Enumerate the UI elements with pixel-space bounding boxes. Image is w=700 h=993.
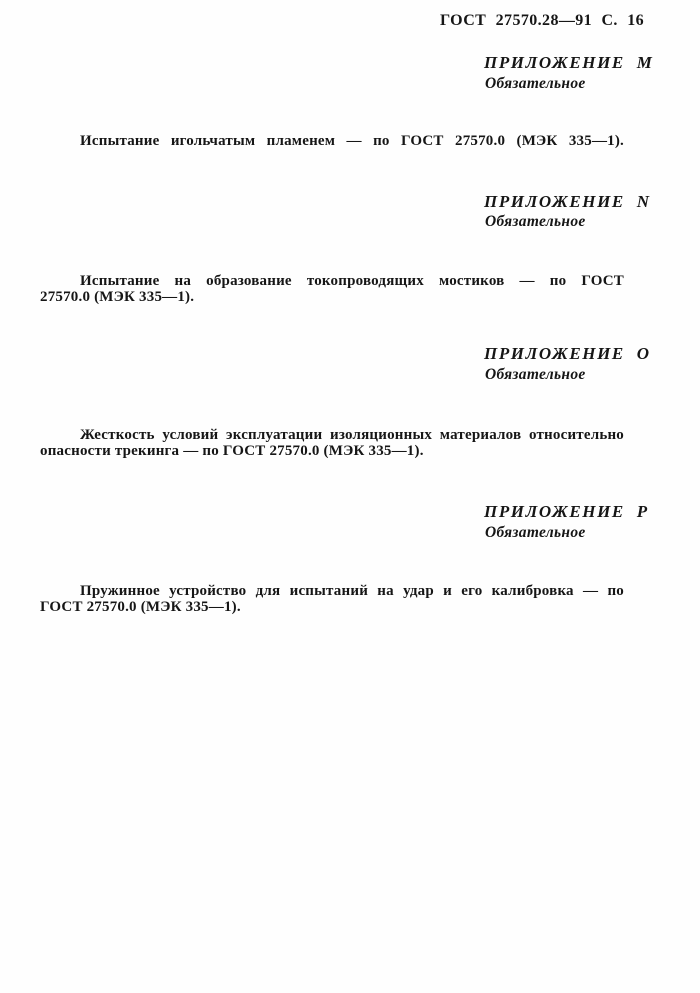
paragraph-line: Пружинное устройство для испытаний на уд…: [40, 583, 624, 599]
paragraph-line: Жесткость условий эксплуатации изоляцион…: [40, 427, 624, 443]
appendix-n-title: ПРИЛОЖЕНИЕ N: [484, 192, 651, 212]
appendix-o-subtitle: Обязательное: [485, 366, 586, 384]
appendix-o-paragraph: Жесткость условий эксплуатации изоляцион…: [40, 427, 624, 459]
paragraph-line: Испытание на образование токопроводящих …: [40, 273, 624, 289]
appendix-p-title: ПРИЛОЖЕНИЕ Р: [484, 502, 649, 522]
paragraph-line: 27570.0 (МЭК 335—1).: [40, 289, 624, 305]
appendix-o-title: ПРИЛОЖЕНИЕ О: [484, 344, 651, 364]
document-header: ГОСТ 27570.28—91 С. 16: [440, 12, 644, 30]
appendix-n-paragraph: Испытание на образование токопроводящих …: [40, 273, 624, 305]
paragraph-line: Испытание игольчатым пламенем — по ГОСТ …: [40, 133, 624, 149]
appendix-n-subtitle: Обязательное: [485, 213, 586, 231]
appendix-m-paragraph: Испытание игольчатым пламенем — по ГОСТ …: [40, 133, 624, 149]
appendix-p-paragraph: Пружинное устройство для испытаний на уд…: [40, 583, 624, 615]
appendix-p-subtitle: Обязательное: [485, 524, 586, 542]
document-page: ГОСТ 27570.28—91 С. 16 ПРИЛОЖЕНИЕ М Обяз…: [0, 0, 700, 993]
paragraph-line: ГОСТ 27570.0 (МЭК 335—1).: [40, 599, 624, 615]
paragraph-line: опасности трекинга — по ГОСТ 27570.0 (МЭ…: [40, 443, 624, 459]
appendix-m-subtitle: Обязательное: [485, 75, 586, 93]
appendix-m-title: ПРИЛОЖЕНИЕ М: [484, 53, 653, 73]
